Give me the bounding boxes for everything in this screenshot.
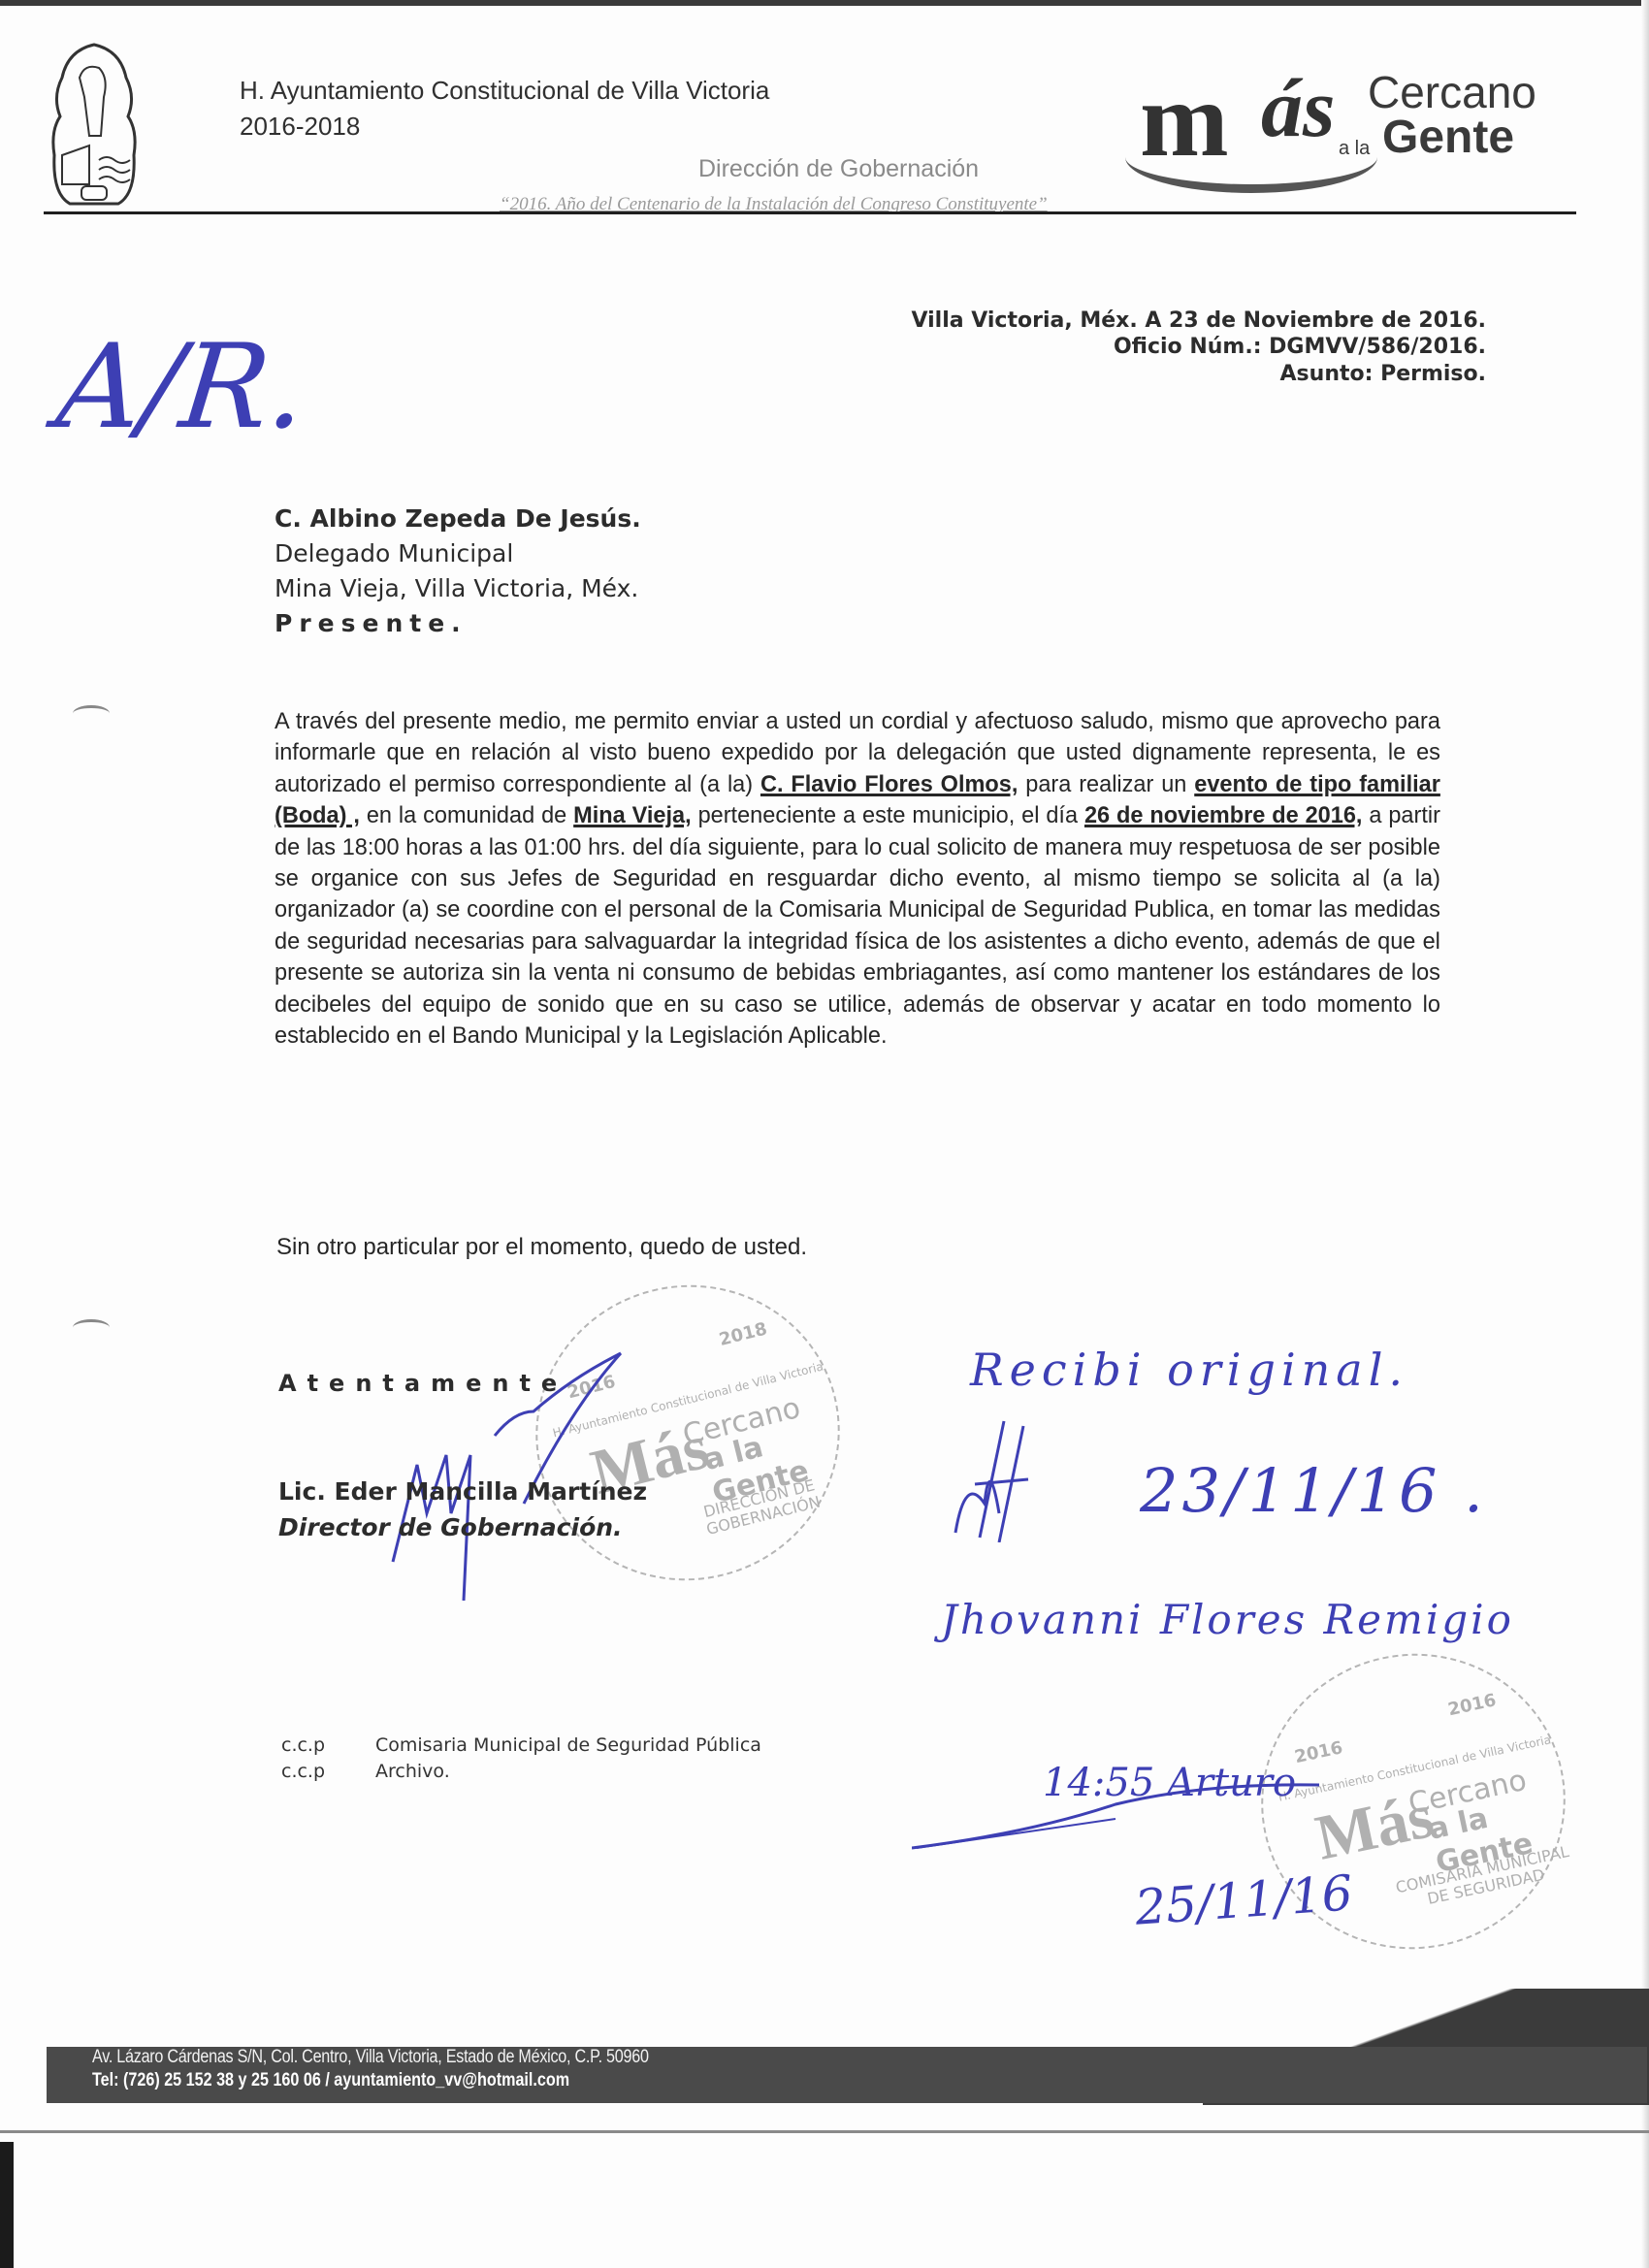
cc-entry: c.c.pComisaria Municipal de Seguridad Pú… (281, 1734, 761, 1756)
closing-line: Sin otro particular por el momento, qued… (276, 1234, 807, 1261)
recipient-role: Delegado Municipal (275, 539, 513, 567)
cc-label: c.c.p (281, 1761, 375, 1782)
recipient-name: C. Albino Zepeda De Jesús. (275, 504, 641, 533)
body-text: para realizar un (1018, 771, 1194, 797)
oficio-number: Oficio Núm.: DGMVV/586/2016. (1114, 335, 1486, 359)
department-name: Dirección de Gobernación (698, 155, 979, 183)
salutation: Presente. (275, 609, 468, 637)
scan-edge-top (0, 0, 1649, 6)
receiver-initials-icon (946, 1416, 1052, 1542)
handwritten-second-date: 25/11/16 (1133, 1864, 1354, 1936)
handwritten-received-date: 23/11/16 . (1140, 1455, 1487, 1526)
signer-title: Director de Gobernación. (278, 1513, 623, 1541)
footer-contact: Tel: (726) 25 152 38 y 25 160 06 / ayunt… (92, 2070, 569, 2091)
body-text: en la comunidad de (360, 802, 573, 828)
handwritten-margin-note: A/R. (51, 320, 313, 455)
handwritten-received-note: Recibi original. (970, 1344, 1408, 1396)
handwritten-time-note: 14:55 Arturo (1043, 1761, 1296, 1805)
slogan-gente: Gente (1382, 114, 1514, 161)
punch-hole-mark (73, 705, 110, 722)
cc-label: c.c.p (281, 1734, 375, 1756)
subject-line: Asunto: Permiso. (1280, 362, 1486, 386)
slogan-a-la: a la (1339, 138, 1370, 160)
place-and-date: Villa Victoria, Méx. A 23 de Noviembre d… (911, 308, 1486, 333)
handwritten-receiver-name: Jhovanni Flores Remigio (941, 1596, 1514, 1643)
body-text: a partir de las 18:00 horas a las 01:00 … (275, 802, 1440, 1049)
signer-name: Lic. Eder Mancilla Martínez (278, 1477, 647, 1506)
letter-body: A través del presente medio, me permito … (275, 706, 1440, 1052)
footer-address: Av. Lázaro Cárdenas S/N, Col. Centro, Vi… (92, 2047, 649, 2068)
event-date: 26 de noviembre de 2016, (1084, 802, 1362, 828)
slogan-as-glyph: ás (1261, 66, 1335, 149)
scan-edge-corner (0, 2142, 14, 2268)
body-text: perteneciente a este municipio, el día (692, 802, 1084, 828)
scan-edge-bottom (0, 2130, 1649, 2133)
organization-name: H. Ayuntamiento Constitucional de Villa … (240, 76, 769, 106)
stamp-year: 2016 (1446, 1690, 1498, 1720)
handwritten-signature-icon (378, 1319, 669, 1601)
municipal-crest-icon (50, 39, 138, 209)
slogan-m-glyph: m (1140, 66, 1225, 173)
header-divider (44, 211, 1576, 214)
stamp-year: 2016 (1293, 1737, 1344, 1767)
beneficiary-name: C. Flavio Flores Olmos, (760, 771, 1018, 797)
slogan-cercano: Cercano (1368, 70, 1536, 114)
event-community: Mina Vieja, (573, 802, 692, 828)
recipient-address: Mina Vieja, Villa Victoria, Méx. (275, 574, 638, 602)
stamp-year: 2018 (717, 1318, 769, 1349)
scan-edge-right (1641, 0, 1649, 2268)
cc-recipient: Archivo. (375, 1761, 450, 1782)
cc-recipient: Comisaria Municipal de Seguridad Pública (375, 1734, 761, 1756)
cc-entry: c.c.pArchivo. (281, 1761, 450, 1782)
administration-term: 2016-2018 (240, 112, 360, 142)
punch-hole-mark (73, 1319, 110, 1336)
